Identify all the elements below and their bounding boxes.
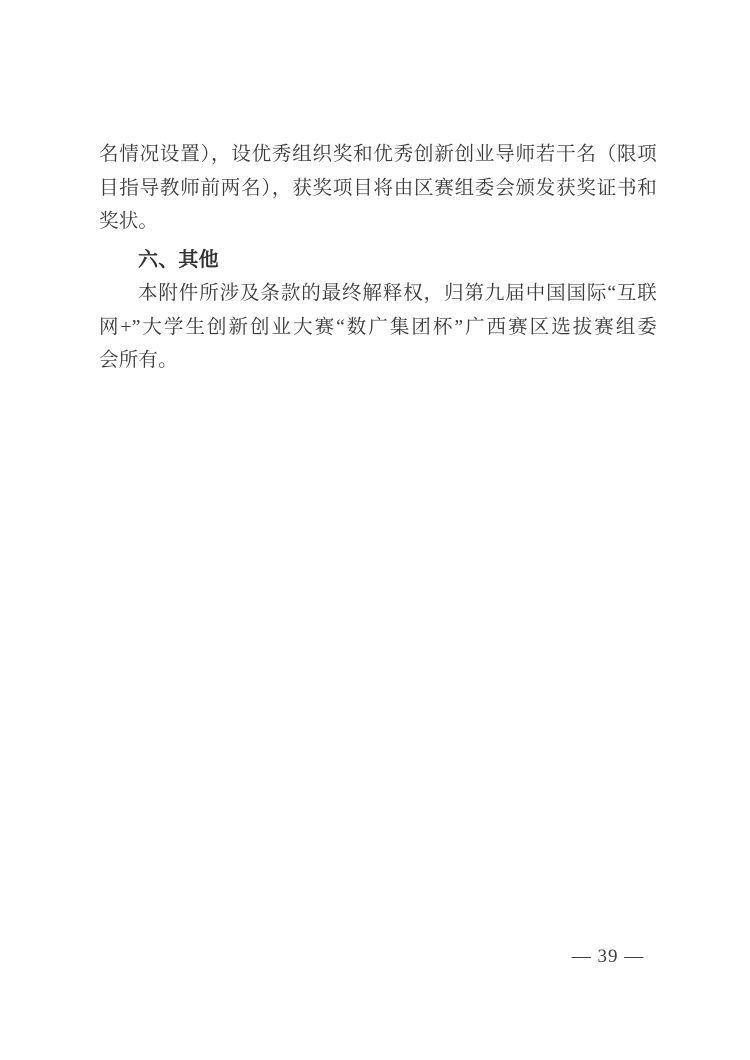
paragraph-continuation-line-2: 目指导教师前两名），获奖项目将由区赛组委会颁发获奖证书和	[99, 172, 657, 206]
page-number: — 39 —	[548, 946, 668, 968]
closing-paragraph-line-2: 网+”大学生创新创业大赛“数广集团杯”广西赛区选拔赛组委	[99, 311, 657, 345]
closing-paragraph-line-1: 本附件所涉及条款的最终解释权，归第九届中国国际“互联	[99, 277, 657, 311]
section-heading: 六、其他	[99, 244, 657, 278]
paragraph-continuation-line-3: 奖状。	[99, 205, 657, 239]
page-body: 名情况设置），设优秀组织奖和优秀创新创业导师若干名（限项 目指导教师前两名），获…	[99, 138, 657, 378]
document-page: 名情况设置），设优秀组织奖和优秀创新创业导师若干名（限项 目指导教师前两名），获…	[0, 0, 750, 1060]
closing-paragraph-line-3: 会所有。	[99, 344, 657, 378]
paragraph-continuation-line-1: 名情况设置），设优秀组织奖和优秀创新创业导师若干名（限项	[99, 138, 657, 172]
